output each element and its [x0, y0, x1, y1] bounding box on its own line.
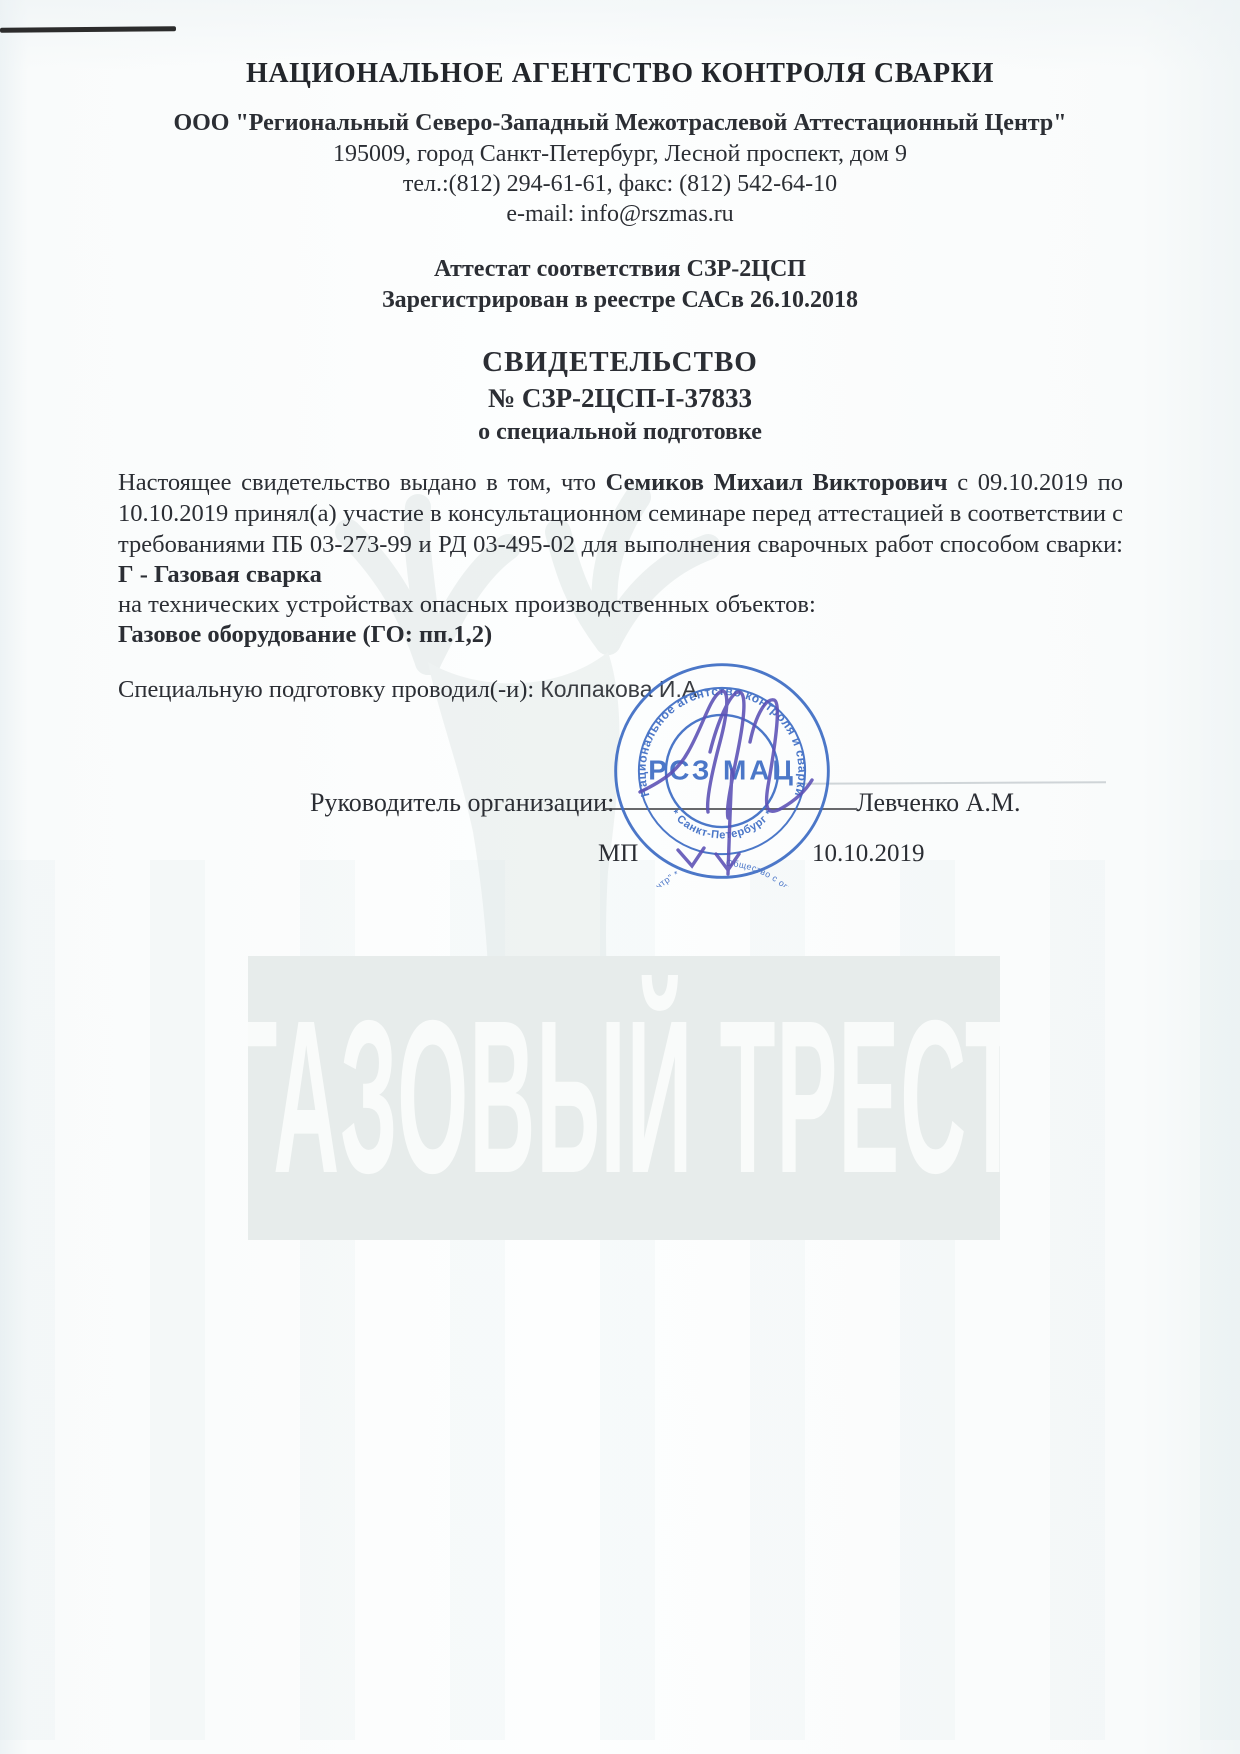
watermark-block: ГАЗОВЫЙ ТРЕСТ — [248, 956, 1000, 1240]
trainer-label: Специальную подготовку проводил(-и): — [118, 676, 534, 703]
handwritten-signature — [560, 640, 920, 920]
holder-name: Семиков Михаил Викторович — [606, 469, 948, 496]
organization-email: e-mail: info@rszmas.ru — [0, 201, 1240, 228]
organization-address: 195009, город Санкт-Петербург, Лесной пр… — [0, 141, 1240, 168]
organization-name: ООО "Региональный Северо-Западный Межотр… — [0, 110, 1240, 137]
body-line-1-pre: Настоящее свидетельство выдано в том, чт… — [118, 469, 596, 496]
body-line-3: требованиями ПБ 03-273-99 и РД 03-495-02… — [118, 530, 1123, 560]
body-line-2: 10.10.2019 принял(а) участие в консульта… — [118, 499, 1123, 529]
organization-phone: тел.:(812) 294-61-61, факс: (812) 542-64… — [0, 171, 1240, 198]
document-type-title: СВИДЕТЕЛЬСТВО — [0, 346, 1240, 379]
attestation-number-line: Аттестат соответствия СЗР-2ЦСП — [0, 256, 1240, 283]
document-subtitle: о специальной подготовке — [0, 419, 1240, 446]
document-number: № СЗР-2ЦСП-I-37833 — [0, 383, 1240, 414]
registration-line: Зарегистрирован в реестре САСв 26.10.201… — [0, 287, 1240, 314]
watermark-text: ГАЗОВЫЙ ТРЕСТ — [248, 956, 1000, 1240]
agency-title: НАЦИОНАЛЬНОЕ АГЕНТСТВО КОНТРОЛЯ СВАРКИ — [0, 58, 1240, 90]
body-line-1-post: с 09.10.2019 по — [957, 469, 1123, 496]
objects-intro: на технических устройствах опасных произ… — [118, 591, 816, 619]
scanned-certificate-page: НАЦИОНАЛЬНОЕ АГЕНТСТВО КОНТРОЛЯ СВАРКИ О… — [0, 0, 1240, 1754]
scan-artifact-line — [0, 26, 176, 33]
equipment-type: Газовое оборудование (ГО: пп.1,2) — [118, 621, 492, 649]
welding-method: Г - Газовая сварка — [118, 561, 322, 589]
body-line-1: Настоящее свидетельство выдано в том, чт… — [118, 468, 1123, 498]
